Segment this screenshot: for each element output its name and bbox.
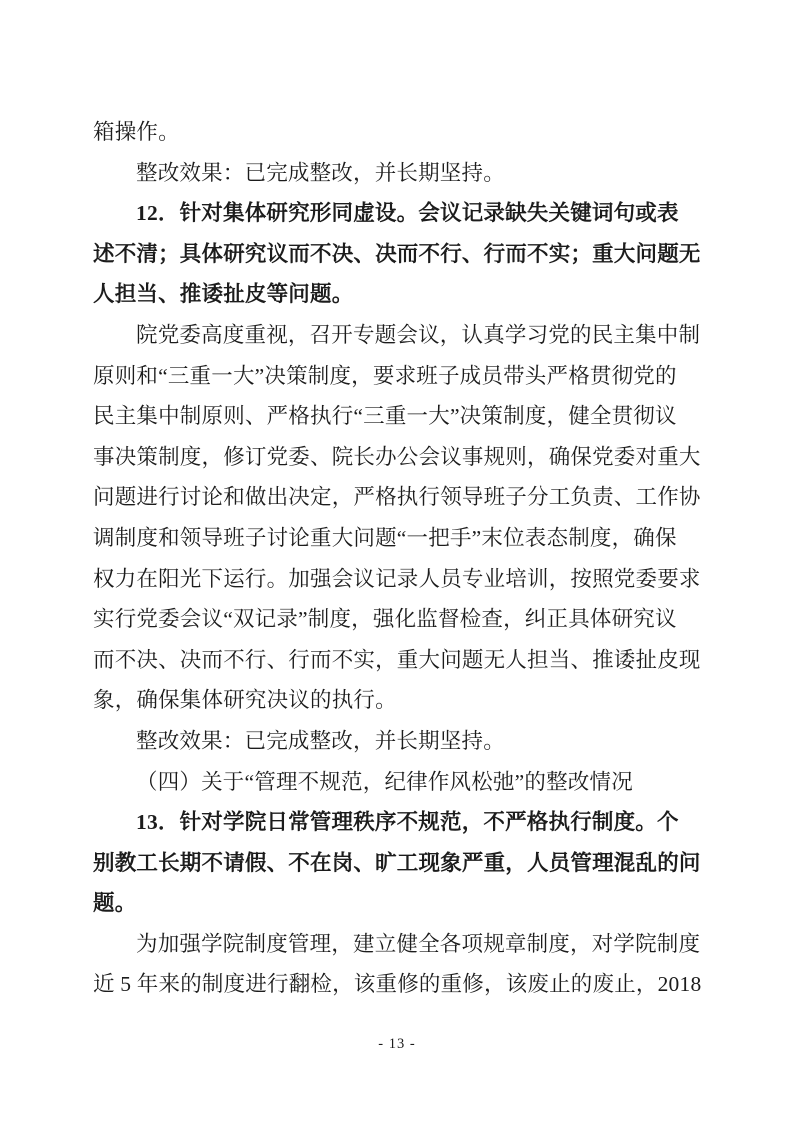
- item-12-body-line-2: 原则和“三重一大”决策制度，要求班子成员带头严格贯彻党的: [93, 356, 703, 397]
- paragraph-continuation-line: 箱操作。: [93, 112, 703, 153]
- page-number: - 13 -: [0, 1034, 794, 1054]
- item-12-body-line-6: 调制度和领导班子讨论重大问题“一把手”末位表态制度，确保: [93, 518, 703, 559]
- item-13-body-line-2: 近 5 年来的制度进行翻检，该重修的重修，该废止的废止，2018: [93, 964, 703, 1005]
- item-13-heading-line-3: 题。: [93, 883, 703, 924]
- item-13-body-line-1: 为加强学院制度管理，建立健全各项规章制度，对学院制度: [93, 924, 703, 965]
- rectification-effect-line: 整改效果：已完成整改，并长期坚持。: [93, 153, 703, 194]
- item-12-body-line-4: 事决策制度，修订党委、院长办公会议事规则，确保党委对重大: [93, 437, 703, 478]
- item-12-heading-line-1: 12．针对集体研究形同虚设。会议记录缺失关键词句或表: [93, 193, 703, 234]
- item-13-heading-line-2: 别教工长期不请假、不在岗、旷工现象严重，人员管理混乱的问: [93, 843, 703, 884]
- item-12-heading-line-3: 人担当、推诿扯皮等问题。: [93, 274, 703, 315]
- item-13-heading-line-1: 13．针对学院日常管理秩序不规范，不严格执行制度。个: [93, 802, 703, 843]
- item-12-body-line-9: 而不决、决而不行、行而不实，重大问题无人担当、推诿扯皮现: [93, 640, 703, 681]
- item-12-body-line-3: 民主集中制原则、严格执行“三重一大”决策制度，健全贯彻议: [93, 396, 703, 437]
- document-page: 箱操作。 整改效果：已完成整改，并长期坚持。 12．针对集体研究形同虚设。会议记…: [0, 0, 794, 1123]
- item-12-body-line-1: 院党委高度重视，召开专题会议，认真学习党的民主集中制: [93, 315, 703, 356]
- item-12-body-line-10: 象，确保集体研究决议的执行。: [93, 680, 703, 721]
- item-12-body-line-7: 权力在阳光下运行。加强会议记录人员专业培训，按照党委要求: [93, 559, 703, 600]
- item-12-body-line-5: 问题进行讨论和做出决定，严格执行领导班子分工负责、工作协: [93, 477, 703, 518]
- rectification-effect-line-2: 整改效果：已完成整改，并长期坚持。: [93, 721, 703, 762]
- item-12-body-line-8: 实行党委会议“双记录”制度，强化监督检查，纠正具体研究议: [93, 599, 703, 640]
- document-body: 箱操作。 整改效果：已完成整改，并长期坚持。 12．针对集体研究形同虚设。会议记…: [93, 112, 703, 1005]
- section-4-heading-line: （四）关于“管理不规范，纪律作风松弛”的整改情况: [93, 762, 703, 803]
- item-12-heading-line-2: 述不清；具体研究议而不决、决而不行、行而不实；重大问题无: [93, 234, 703, 275]
